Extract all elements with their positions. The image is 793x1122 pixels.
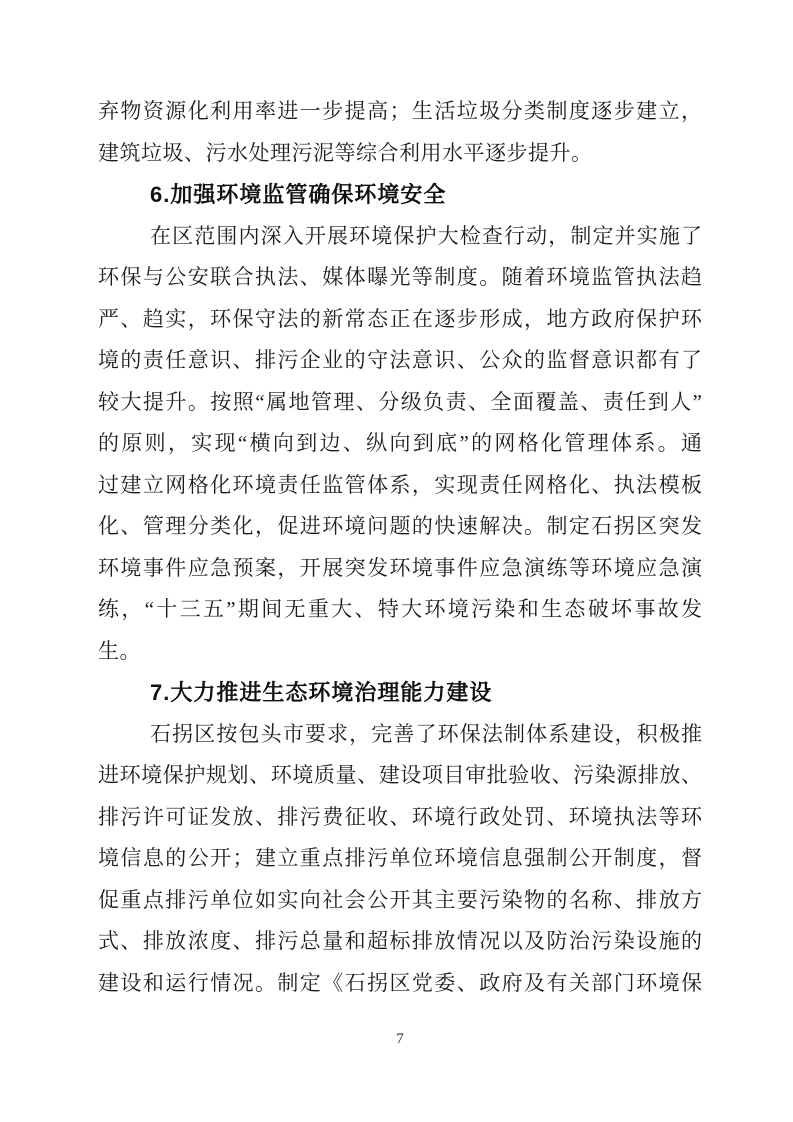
text-line: 境信息的公开；建立重点排污单位环境信息强制公开制度，督	[98, 838, 702, 880]
text-line: 化、管理分类化，促进环境问题的快速解决。制定石拐区突发	[98, 506, 702, 548]
text-line: 过建立网格化环境责任监管体系，实现责任网格化、执法模板	[98, 465, 702, 507]
text-line: 环境事件应急预案，开展突发环境事件应急演练等环境应急演	[98, 548, 702, 590]
text-line: 建筑垃圾、污水处理污泥等综合利用水平逐步提升。	[98, 133, 702, 175]
text-line: 境的责任意识、排污企业的守法意识、公众的监督意识都有了	[98, 340, 702, 382]
text-line: 的原则，实现“横向到边、纵向到底”的网格化管理体系。通	[98, 423, 702, 465]
text-line: 生。	[98, 631, 702, 673]
text-line: 环保与公安联合执法、媒体曝光等制度。随着环境监管执法趋	[98, 257, 702, 299]
text-line: 排污许可证发放、排污费征收、环境行政处罚、环境执法等环	[98, 797, 702, 839]
text-line: 在区范围内深入开展环境保护大检查行动，制定并实施了	[98, 216, 702, 258]
document-page: 弃物资源化利用率进一步提高；生活垃圾分类制度逐步建立，建筑垃圾、污水处理污泥等综…	[0, 0, 793, 1122]
section-heading: 7.大力推进生态环境治理能力建设	[98, 672, 702, 714]
text-line: 式、排放浓度、排污总量和超标排放情况以及防治污染设施的	[98, 921, 702, 963]
text-line: 进环境保护规划、环境质量、建设项目审批验收、污染源排放、	[98, 755, 702, 797]
text-line: 练，“十三五”期间无重大、特大环境污染和生态破坏事故发	[98, 589, 702, 631]
text-line: 建设和运行情况。制定《石拐区党委、政府及有关部门环境保	[98, 963, 702, 1005]
section-heading: 6.加强环境监管确保环境安全	[98, 174, 702, 216]
text-line: 弃物资源化利用率进一步提高；生活垃圾分类制度逐步建立，	[98, 91, 702, 133]
text-line: 较大提升。按照“属地管理、分级负责、全面覆盖、责任到人”	[98, 382, 702, 424]
text-line: 促重点排污单位如实向社会公开其主要污染物的名称、排放方	[98, 880, 702, 922]
document-content: 弃物资源化利用率进一步提高；生活垃圾分类制度逐步建立，建筑垃圾、污水处理污泥等综…	[98, 91, 702, 1004]
text-line: 石拐区按包头市要求，完善了环保法制体系建设，积极推	[98, 714, 702, 756]
page-footer: 7	[98, 1030, 702, 1048]
page-number: 7	[396, 1031, 404, 1047]
text-line: 严、趋实，环保守法的新常态正在逐步形成，地方政府保护环	[98, 299, 702, 341]
